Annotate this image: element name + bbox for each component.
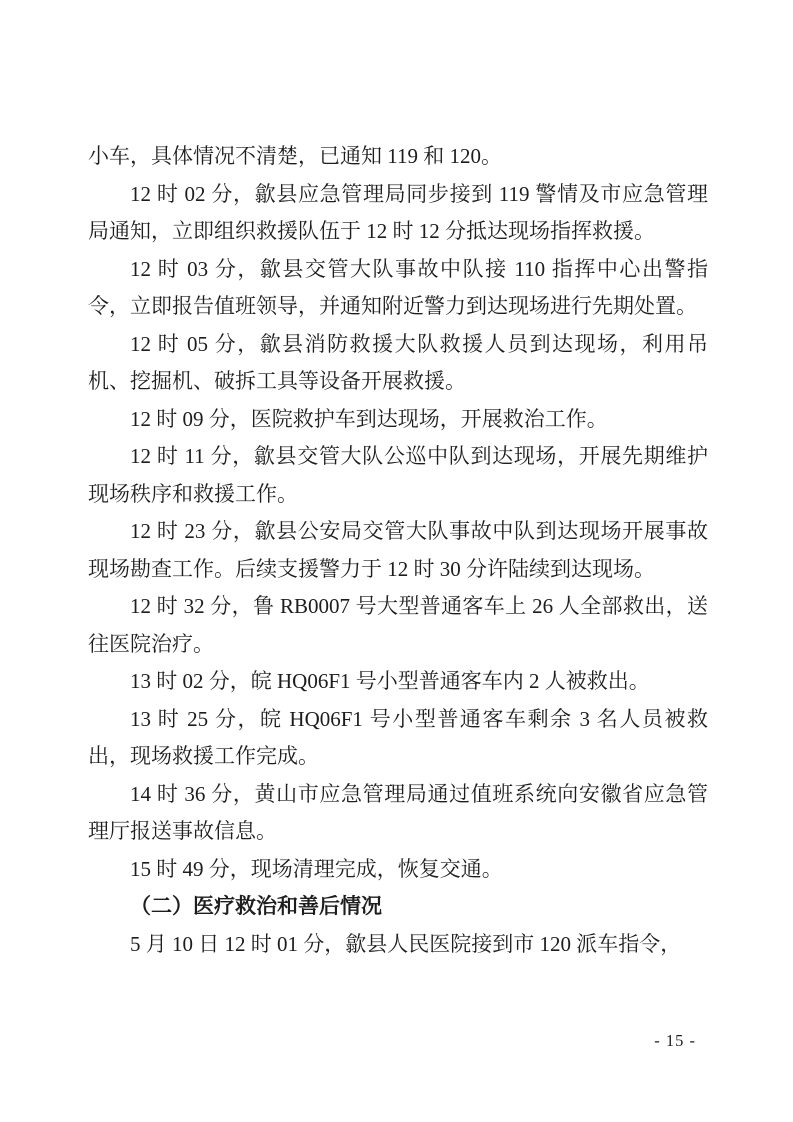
paragraph: 15 时 49 分，现场清理完成，恢复交通。 (88, 851, 708, 889)
paragraph: 12 时 09 分，医院救护车到达现场，开展救治工作。 (88, 401, 708, 439)
section-heading: （二）医疗救治和善后情况 (88, 888, 708, 926)
paragraph: 14 时 36 分，黄山市应急管理局通过值班系统向安徽省应急管理厅报送事故信息。 (88, 776, 708, 851)
paragraph: 13 时 02 分，皖 HQ06F1 号小型普通客车内 2 人被救出。 (88, 663, 708, 701)
paragraph: 12 时 23 分，歙县公安局交管大队事故中队到达现场开展事故现场勘查工作。后续… (88, 513, 708, 588)
paragraph: 12 时 05 分，歙县消防救援大队救援人员到达现场，利用吊机、挖掘机、破拆工具… (88, 326, 708, 401)
page-number: - 15 - (654, 1031, 696, 1051)
page-body: 小车，具体情况不清楚，已通知 119 和 120。 12 时 02 分，歙县应急… (88, 138, 708, 963)
paragraph: 小车，具体情况不清楚，已通知 119 和 120。 (88, 138, 708, 176)
paragraph: 12 时 03 分，歙县交管大队事故中队接 110 指挥中心出警指令，立即报告值… (88, 251, 708, 326)
paragraph: 12 时 02 分，歙县应急管理局同步接到 119 警情及市应急管理局通知，立即… (88, 176, 708, 251)
document-page: 小车，具体情况不清楚，已通知 119 和 120。 12 时 02 分，歙县应急… (0, 0, 793, 1122)
paragraph: 12 时 11 分，歙县交管大队公巡中队到达现场，开展先期维护现场秩序和救援工作… (88, 438, 708, 513)
paragraph: 12 时 32 分，鲁 RB0007 号大型普通客车上 26 人全部救出，送往医… (88, 588, 708, 663)
paragraph: 13 时 25 分，皖 HQ06F1 号小型普通客车剩余 3 名人员被救出，现场… (88, 701, 708, 776)
paragraph: 5 月 10 日 12 时 01 分，歙县人民医院接到市 120 派车指令， (88, 926, 708, 964)
